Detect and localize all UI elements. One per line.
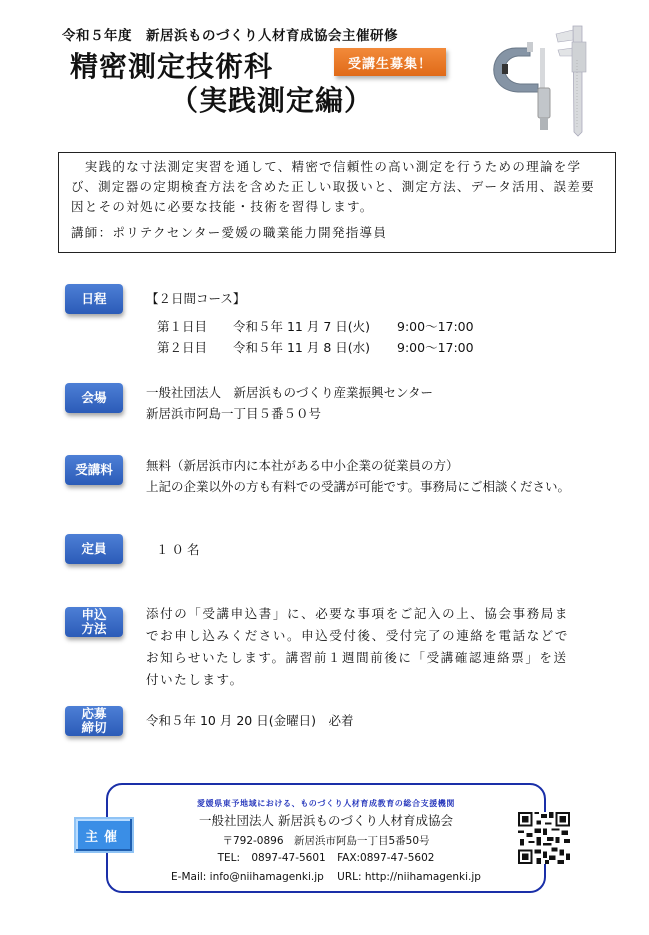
application-label-line2: 方法: [81, 622, 106, 636]
schedule-time: 9:00～17:00: [397, 338, 474, 358]
application-line: 付いたします。: [146, 669, 569, 691]
schedule-date: 令和５年 11 月 8 日(水): [233, 338, 397, 358]
schedule-row: 第１日目令和５年 11 月 7 日(火)9:00～17:00: [157, 317, 474, 337]
schedule-day: 第１日目: [157, 317, 233, 337]
deadline-label-line1: 応募: [81, 707, 106, 721]
application-label: 申込 方法: [65, 607, 123, 637]
organizer-address: 〒792-0896 新居浜市阿島一丁目5番50号: [106, 833, 546, 848]
deadline-value: 令和５年 10 月 20 日(金曜日) 必着: [146, 711, 353, 731]
organizer-email[interactable]: E-Mail: info@niihamagenki.jp: [171, 871, 324, 883]
schedule-date: 令和５年 11 月 7 日(火): [233, 317, 397, 337]
qr-code-icon[interactable]: [518, 812, 570, 864]
event-subtitle: 令和５年度 新居浜ものづくり人材育成協会主催研修: [62, 24, 398, 44]
measuring-tools-image: [478, 20, 603, 140]
organizer-phone-fax: TEL: 0897-47-5601 FAX:0897-47-5602: [106, 852, 546, 864]
schedule-time: 9:00～17:00: [397, 317, 474, 337]
venue-name: 一般社団法人 新居浜ものづくり産業振興センター: [146, 383, 433, 403]
application-line: でお申し込みください。申込受付後、受付完了の連絡を電話などで: [146, 625, 569, 647]
course-length: 【２日間コース】: [146, 289, 245, 309]
venue-address: 新居浜市阿島一丁目５番５０号: [146, 404, 321, 424]
organizer-contact: E-Mail: info@niihamagenki.jp URL: http:/…: [106, 871, 546, 883]
course-description-box: 実践的な寸法測定実習を通して、精密で信頼性の高い測定を行うための理論を学び、測定…: [58, 152, 616, 253]
schedule-row: 第２日目令和５年 11 月 8 日(水)9:00～17:00: [157, 338, 474, 358]
organizer-tagline: 愛媛県東予地域における、ものづくり人材育成教育の総合支援機関: [106, 798, 546, 809]
course-description: 実践的な寸法測定実習を通して、精密で信頼性の高い測定を行うための理論を学び、測定…: [71, 157, 603, 217]
application-line: 添付の「受講申込書」に、必要な事項をご記入の上、協会事務局ま: [146, 603, 569, 625]
fee-paid-note: 上記の企業以外の方も有料での受講が可能です。事務局にご相談ください。: [146, 477, 570, 497]
application-label-line1: 申込: [81, 608, 106, 622]
deadline-label-line2: 締切: [81, 721, 106, 735]
recruit-badge: 受講生募集！: [334, 48, 446, 76]
course-title: 精密測定技術科: [70, 50, 273, 84]
fee-label: 受講料: [65, 455, 123, 485]
organizer-fax: FAX:0897-47-5602: [337, 852, 434, 864]
schedule-label: 日程: [65, 284, 123, 314]
deadline-label: 応募 締切: [65, 706, 123, 736]
fee-free-note: 無料（新居浜市内に本社がある中小企業の従業員の方）: [146, 456, 459, 476]
instructor-info: 講師：ポリテクセンター愛媛の職業能力開発指導員: [71, 223, 603, 243]
venue-label: 会場: [65, 383, 123, 413]
organizer-url[interactable]: URL: http://niihamagenki.jp: [337, 871, 481, 883]
capacity-label: 定員: [65, 534, 123, 564]
application-line: お知らせいたします。講習前１週間前後に「受講確認連絡票」を送: [146, 647, 569, 669]
schedule-day: 第２日目: [157, 338, 233, 358]
application-instructions: 添付の「受講申込書」に、必要な事項をご記入の上、協会事務局ま でお申し込みくださ…: [146, 603, 569, 691]
capacity-value: １０名: [156, 540, 203, 560]
organizer-name: 一般社団法人 新居浜ものづくり人材育成協会: [106, 811, 546, 829]
course-subtitle: （実践測定編）: [170, 84, 373, 118]
organizer-tel: TEL: 0897-47-5601: [218, 852, 326, 864]
